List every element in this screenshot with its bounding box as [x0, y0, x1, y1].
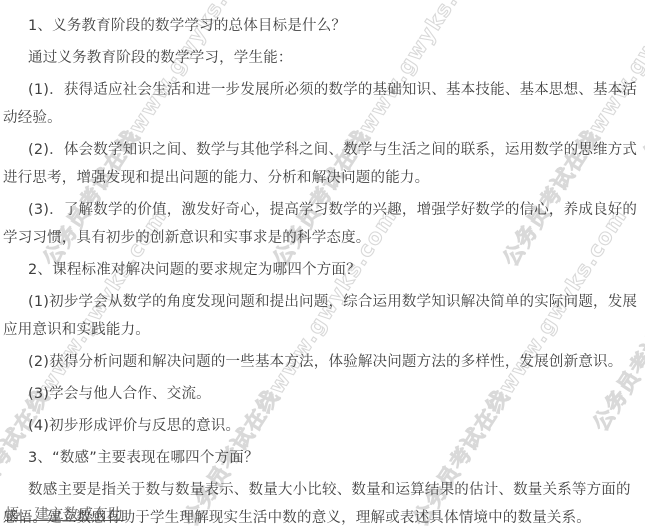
- paragraph: (3)学会与他人合作、交流。: [3, 380, 643, 408]
- document-page: 公务员考试在线www.gwyks.com 公务员考试在线www.gwyks.co…: [0, 0, 645, 527]
- document-body: 1、义务教育阶段的数学学习的总体目标是什么？通过义务教育阶段的数学学习，学生能：…: [0, 0, 645, 527]
- paragraph: 2、课程标准对解决问题的要求规定为哪四个方面？: [3, 256, 643, 284]
- paragraph: (3)．了解数学的价值，激发好奇心，提高学习数学的兴趣，增强学好数学的信心，养成…: [3, 196, 643, 252]
- paragraph: 1、义务教育阶段的数学学习的总体目标是什么？: [3, 12, 643, 40]
- paragraph: (1)．获得适应社会生活和进一步发展所必须的数学的基础知识、基本技能、基本思想、…: [3, 76, 643, 132]
- paragraph: 数感主要是指关于数与数量表示、数量大小比较、数量和运算结果的估计、数量关系等方面…: [3, 476, 643, 527]
- paragraph: 通过义务教育阶段的数学学习，学生能：: [3, 44, 643, 72]
- paragraph: (1)初步学会从数学的角度发现问题和提出问题，综合运用数学知识解决简单的实际问题…: [3, 288, 643, 344]
- paragraph: (2)．体会数学知识之间、数学与其他学科之间、数学与生活之间的联系，运用数学的思…: [3, 136, 643, 192]
- paragraph: (4)初步形成评价与反思的意识。: [3, 412, 643, 440]
- paragraph: (2)获得分析问题和解决问题的一些基本方法，体验解决问题方法的多样性，发展创新意…: [3, 348, 643, 376]
- paragraph: 3、“数感”主要表现在哪四个方面？: [3, 444, 643, 472]
